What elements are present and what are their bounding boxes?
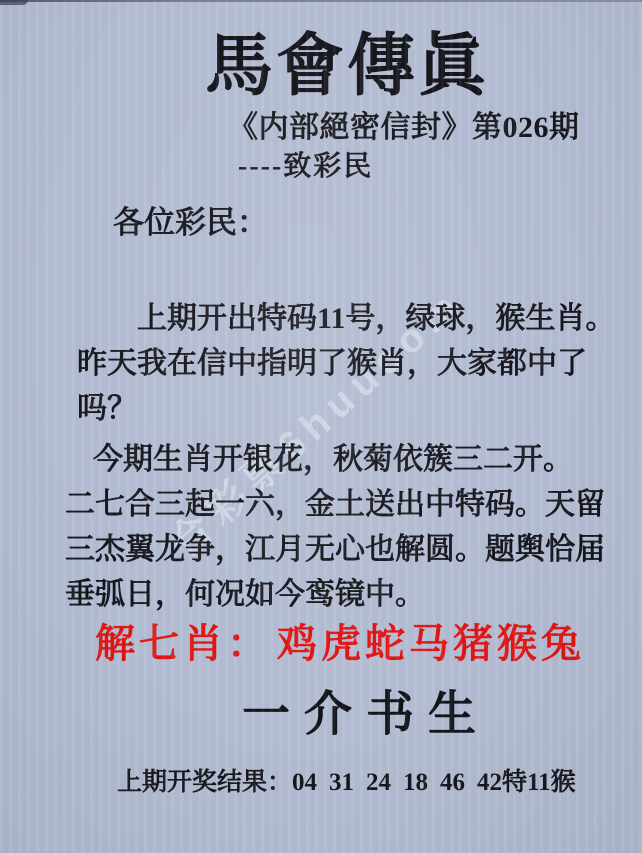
seven-zodiac-animals: 鸡虎蛇马猪猴兔 [277,621,585,666]
draw-number: 46 [440,769,465,796]
draw-number: 04 [292,769,317,796]
last-draw-results-line: 上期开奖结果：043124184642特11猴 [117,767,576,799]
seven-zodiac-line: 解七肖：鸡虎蛇马猪猴兔 [95,620,585,668]
last-draw-special: 特11猴 [502,769,576,796]
fax-letter-page: 合彩票6huucom 馬會傳眞 《内部絕密信封》第026期 ----致彩民 各位… [0,0,642,853]
last-draw-numbers: 043124184642 [292,769,502,796]
paragraph-previous-draw: 上期开出特码11号，绿球，猴生肖。 昨天我在信中指明了猴肖，大家都中了 吗？ [77,296,637,431]
draw-number: 24 [366,769,391,796]
draw-number: 31 [329,769,354,796]
scan-top-edge-artifact [0,0,642,2]
paragraph-current-hint: 今期生肖开银花，秋菊依簇三二开。 二七合三起一六，金土送出中特码。天留 三杰翼龙… [65,437,637,617]
page-title: 馬會傳眞 [205,26,489,106]
last-draw-label: 上期开奖结果： [117,769,292,796]
signature: 一介书生 [242,685,490,745]
scan-corner-smudge [0,0,28,5]
issue-line: 《内部絕密信封》第026期 [228,110,580,146]
dedication-line: ----致彩民 [238,151,373,183]
salutation: 各位彩民： [113,204,268,242]
draw-number: 18 [403,769,428,796]
draw-number: 42 [477,769,502,796]
seven-zodiac-label: 解七肖： [95,621,271,666]
